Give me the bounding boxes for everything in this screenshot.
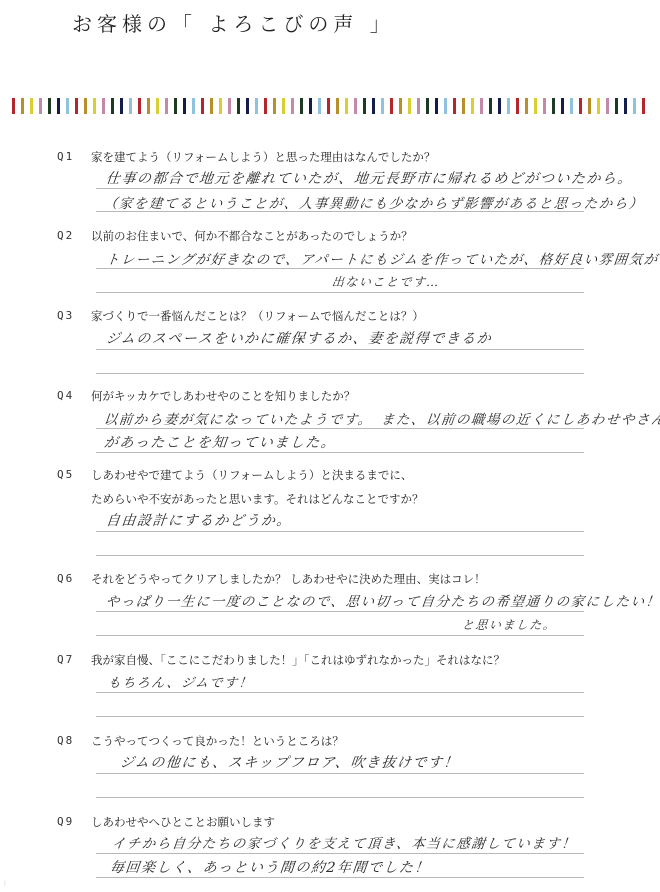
answer-rule-line [96, 853, 584, 854]
stripe-bar [84, 98, 87, 114]
handwritten-answer-line: イチから自分たちの家づくりを支えて頂き、本当に感謝しています！ [111, 832, 578, 852]
stripe-bar [21, 98, 24, 114]
stripe-bar [291, 98, 294, 114]
question-number: Q3 [57, 309, 74, 322]
question-number: Q7 [57, 653, 74, 666]
stripe-bar [390, 98, 393, 114]
stripe-bar [543, 98, 546, 114]
answer-rule-line [96, 716, 584, 717]
answer-rule-line [96, 611, 584, 612]
stripe-bar [237, 98, 240, 114]
handwritten-answer-line: 以前から妻が気になっていたようです。 また、以前の職場の近くにしあわせやさん [103, 408, 660, 428]
stripe-bar [39, 98, 42, 114]
stripe-bar [588, 98, 591, 114]
question-text: 我が家自慢、「ここにこだわりました！」「これはゆずれなかった」それはなに？ [91, 652, 505, 668]
handwritten-answer-line: （家を建てるということが、人事異動にも少なからず影響があると思ったから） [103, 192, 645, 212]
question-number: Q1 [57, 150, 74, 163]
stripe-bar [300, 98, 303, 114]
stripe-bar [165, 98, 168, 114]
stripe-bar [642, 98, 645, 114]
stripe-bar [597, 98, 600, 114]
question-number: Q8 [57, 734, 74, 747]
stripe-bar [633, 98, 636, 114]
stripe-bar [399, 98, 402, 114]
answer-rule-line [96, 268, 584, 269]
stripe-bar [147, 98, 150, 114]
answer-rule-line [96, 188, 584, 189]
stripe-bar [75, 98, 78, 114]
stripe-bar [381, 98, 384, 114]
stripe-bar [372, 98, 375, 114]
stripe-bar [624, 98, 627, 114]
answer-rule-line [96, 692, 584, 693]
stripe-bar [498, 98, 501, 114]
stripe-bar [192, 98, 195, 114]
question-number: Q5 [57, 468, 74, 481]
stripe-bar [561, 98, 564, 114]
stripe-bar [228, 98, 231, 114]
stripe-bar [453, 98, 456, 114]
stripe-bar [210, 98, 213, 114]
answer-rule-line [96, 373, 584, 374]
answer-rule-line [96, 877, 584, 878]
answer-rule-line [96, 797, 584, 798]
stripe-bar [102, 98, 105, 114]
question-number: Q9 [57, 815, 74, 828]
answer-rule-line [96, 635, 584, 636]
stripe-bar [282, 98, 285, 114]
answer-rule-line [96, 211, 584, 212]
stripe-bar [408, 98, 411, 114]
stripe-bar [30, 98, 33, 114]
stripe-bar [516, 98, 519, 114]
stripe-bar [570, 98, 573, 114]
stripe-bar [336, 98, 339, 114]
question-number: Q6 [57, 572, 74, 585]
answer-rule-line [96, 349, 584, 350]
page-title: お客様の「 よろこびの声 」 [72, 8, 395, 37]
stripe-bar [534, 98, 537, 114]
question-text: 家を建てよう（リフォームしよう）と思った理由はなんでしたか？ [91, 149, 435, 165]
handwritten-answer-line: トレーニングが好きなので、アパートにもジムを作っていたが、格好良い雰囲気が [105, 248, 660, 268]
answer-rule-line [96, 428, 584, 429]
stripe-bar [156, 98, 159, 114]
stripe-bar [66, 98, 69, 114]
handwritten-answer-line: もちろん、ジムです！ [107, 672, 254, 691]
handwritten-answer-line: ジムの他にも、スキップフロア、吹き抜けです！ [119, 752, 460, 772]
handwritten-answer-line: と思いました。 [461, 616, 557, 633]
stripe-bar [417, 98, 420, 114]
handwritten-answer-line: 仕事の都合で地元を離れていたが、地元長野市に帰れるめどがついたから。 [105, 168, 634, 188]
stripe-bar [246, 98, 249, 114]
stripe-bar [264, 98, 267, 114]
stripe-bar [174, 98, 177, 114]
answer-rule-line [96, 452, 584, 453]
question-text: しあわせやで建てよう（リフォームしよう）と決まるまでに、 [91, 467, 412, 483]
stripe-bar [129, 98, 132, 114]
stripe-bar [552, 98, 555, 114]
stripe-bar [426, 98, 429, 114]
question-number: Q2 [57, 229, 74, 242]
handwritten-answer-line: があったことを知っていました。 [103, 432, 337, 452]
stripe-bar [363, 98, 366, 114]
stripe-bar [606, 98, 609, 114]
stripe-bar [48, 98, 51, 114]
stripe-bar [273, 98, 276, 114]
decorative-stripe-border [12, 98, 652, 114]
question-number: Q4 [57, 389, 74, 402]
question-text: それをどうやってクリアしましたか？ しあわせやに決めた理由、実はコレ！ [91, 571, 486, 587]
stripe-bar [525, 98, 528, 114]
stripe-bar [138, 98, 141, 114]
stripe-bar [327, 98, 330, 114]
handwritten-answer-line: 自由設計にするかどうか。 [105, 510, 293, 530]
question-text: こうやってつくって良かった！というところは？ [91, 733, 344, 749]
stripe-bar [57, 98, 60, 114]
stripe-bar [462, 98, 465, 114]
stripe-bar [471, 98, 474, 114]
handwritten-answer-line: ジムのスペースをいかに確保するか、妻を説得できるか [105, 328, 493, 348]
question-text: ためらいや不安があったと思います。それはどんなことですか？ [91, 491, 423, 507]
answer-rule-line [96, 773, 584, 774]
stripe-bar [183, 98, 186, 114]
handwritten-answer-line: 出ないことです… [331, 273, 441, 290]
stripe-bar [111, 98, 114, 114]
stripe-bar [255, 98, 258, 114]
answer-rule-line [96, 292, 584, 293]
question-text: 家づくりで一番悩んだことは？（リフォームで悩んだことは？） [91, 308, 424, 324]
stripe-bar [201, 98, 204, 114]
stripe-bar [579, 98, 582, 114]
question-text: しあわせやへひとことお願いします [91, 814, 275, 830]
stripe-bar [480, 98, 483, 114]
stripe-bar [318, 98, 321, 114]
stripe-bar [120, 98, 123, 114]
question-text: 何がキッカケでしあわせやのことを知りましたか？ [91, 388, 355, 404]
stripe-bar [309, 98, 312, 114]
question-text: 以前のお住まいで、何か不都合なことがあったのでしょうか？ [91, 228, 413, 244]
stripe-bar [93, 98, 96, 114]
answer-rule-line [96, 531, 584, 532]
stripe-bar [444, 98, 447, 114]
stripe-bar [219, 98, 222, 114]
stripe-bar [345, 98, 348, 114]
stripe-bar [489, 98, 492, 114]
handwritten-answer-line: 毎回楽しく、あっという間の約2年間でした！ [109, 857, 431, 877]
stripe-bar [354, 98, 357, 114]
answer-rule-line [96, 555, 584, 556]
stripe-bar [435, 98, 438, 114]
handwritten-answer-line: やっぱり一生に一度のことなので、思い切って自分たちの希望通りの家にしたい！ [105, 590, 660, 610]
stripe-bar [12, 98, 15, 114]
scan-mark: ⋮ [2, 880, 8, 887]
stripe-bar [615, 98, 618, 114]
stripe-bar [507, 98, 510, 114]
